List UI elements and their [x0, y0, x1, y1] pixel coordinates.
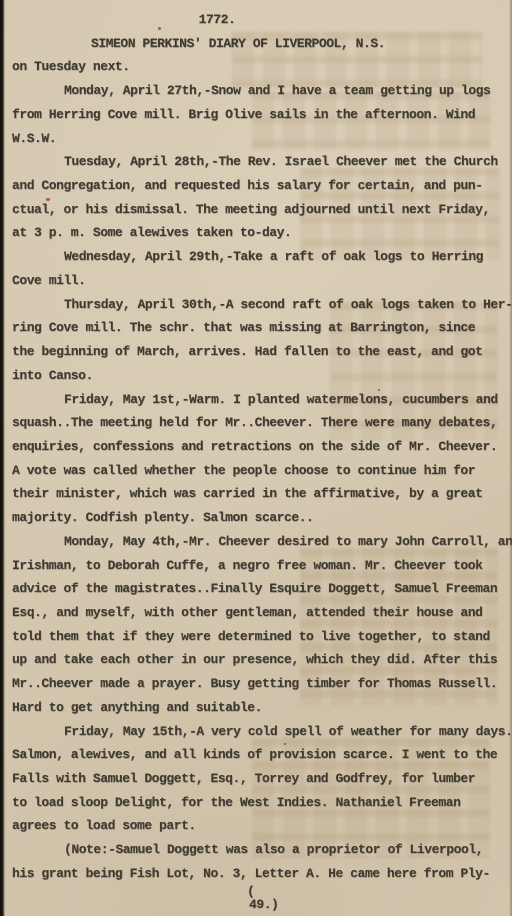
diary-text-line: Friday, May 1st,-Warm. I planted waterme… [12, 388, 512, 412]
diary-text-line: to load sloop Delight, for the West Indi… [12, 791, 512, 815]
diary-text-line: Salmon, alewives, and all kinds of provi… [12, 743, 512, 767]
diary-text-line: Monday, May 4th,-Mr. Cheever desired to … [12, 530, 512, 554]
diary-text-line: Mr..Cheever made a prayer. Busy getting … [12, 672, 512, 696]
diary-text-line: agrees to load some part. [12, 814, 512, 838]
year-heading: 1772. [0, 8, 467, 32]
diary-text-line: Hard to get anything and suitable. [12, 696, 512, 720]
diary-text-line: Falls with Samuel Doggett, Esq., Torrey … [12, 767, 512, 791]
diary-text-line: into Canso. [12, 364, 512, 388]
diary-text-line: and Congregation, and requested his sala… [12, 174, 512, 198]
diary-text-line: Monday, April 27th,-Snow and I have a te… [12, 79, 512, 103]
diary-text-line: their minister, which was carried in the… [12, 482, 512, 506]
diary-text-line: squash..The meeting held for Mr..Cheever… [12, 411, 512, 435]
diary-text-line: advice of the magistrates..Finally Esqui… [12, 577, 512, 601]
diary-text-line: (Note:-Samuel Doggett was also a proprie… [12, 838, 512, 862]
page-number: 49.) [249, 897, 278, 912]
diary-text-line: the beginning of March, arrives. Had fal… [12, 340, 512, 364]
diary-text-line: enquiries, confessions and retractions o… [12, 435, 512, 459]
page-title: SIMEON PERKINS' DIARY OF LIVERPOOL, N.S. [0, 32, 488, 56]
diary-text-line: W.S.W. [12, 127, 512, 151]
diary-text-line: from Herring Cove mill. Brig Olive sails… [12, 103, 512, 127]
scan-edge-left [0, 0, 5, 916]
diary-text-line: A vote was called whether the people cho… [12, 459, 512, 483]
diary-text-line: Wednesday, April 29th,-Take a raft of oa… [12, 245, 512, 269]
diary-text-line: Friday, May 15th,-A very cold spell of w… [12, 720, 512, 744]
diary-text-line: at 3 p. m. Some alewives taken to-day. [12, 221, 512, 245]
diary-text-line: up and take each other in our presence, … [12, 648, 512, 672]
diary-text-line: on Tuesday next. [12, 55, 512, 79]
diary-text-line: Tuesday, April 28th,-The Rev. Israel Che… [12, 150, 512, 174]
diary-text-line: Thursday, April 30th,-A second raft of o… [12, 293, 512, 317]
diary-text-line: ring Cove mill. The schr. that was missi… [12, 316, 512, 340]
diary-page: 1772.SIMEON PERKINS' DIARY OF LIVERPOOL,… [0, 0, 512, 916]
text-column: 1772.SIMEON PERKINS' DIARY OF LIVERPOOL,… [0, 8, 512, 886]
diary-text-line: Cove mill. [12, 269, 512, 293]
diary-text-line: majority. Codfish plenty. Salmon scarce.… [12, 506, 512, 530]
diary-text-line: Esq., and myself, with other gentleman, … [12, 601, 512, 625]
diary-text-line: Irishman, to Deborah Cuffe, a negro free… [12, 554, 512, 578]
diary-text-line: told them that if they were determined t… [12, 625, 512, 649]
diary-text-line: ctual, or his dismissal. The meeting adj… [12, 198, 512, 222]
diary-text-line: his grant being Fish Lot, No. 3, Letter … [12, 862, 512, 886]
